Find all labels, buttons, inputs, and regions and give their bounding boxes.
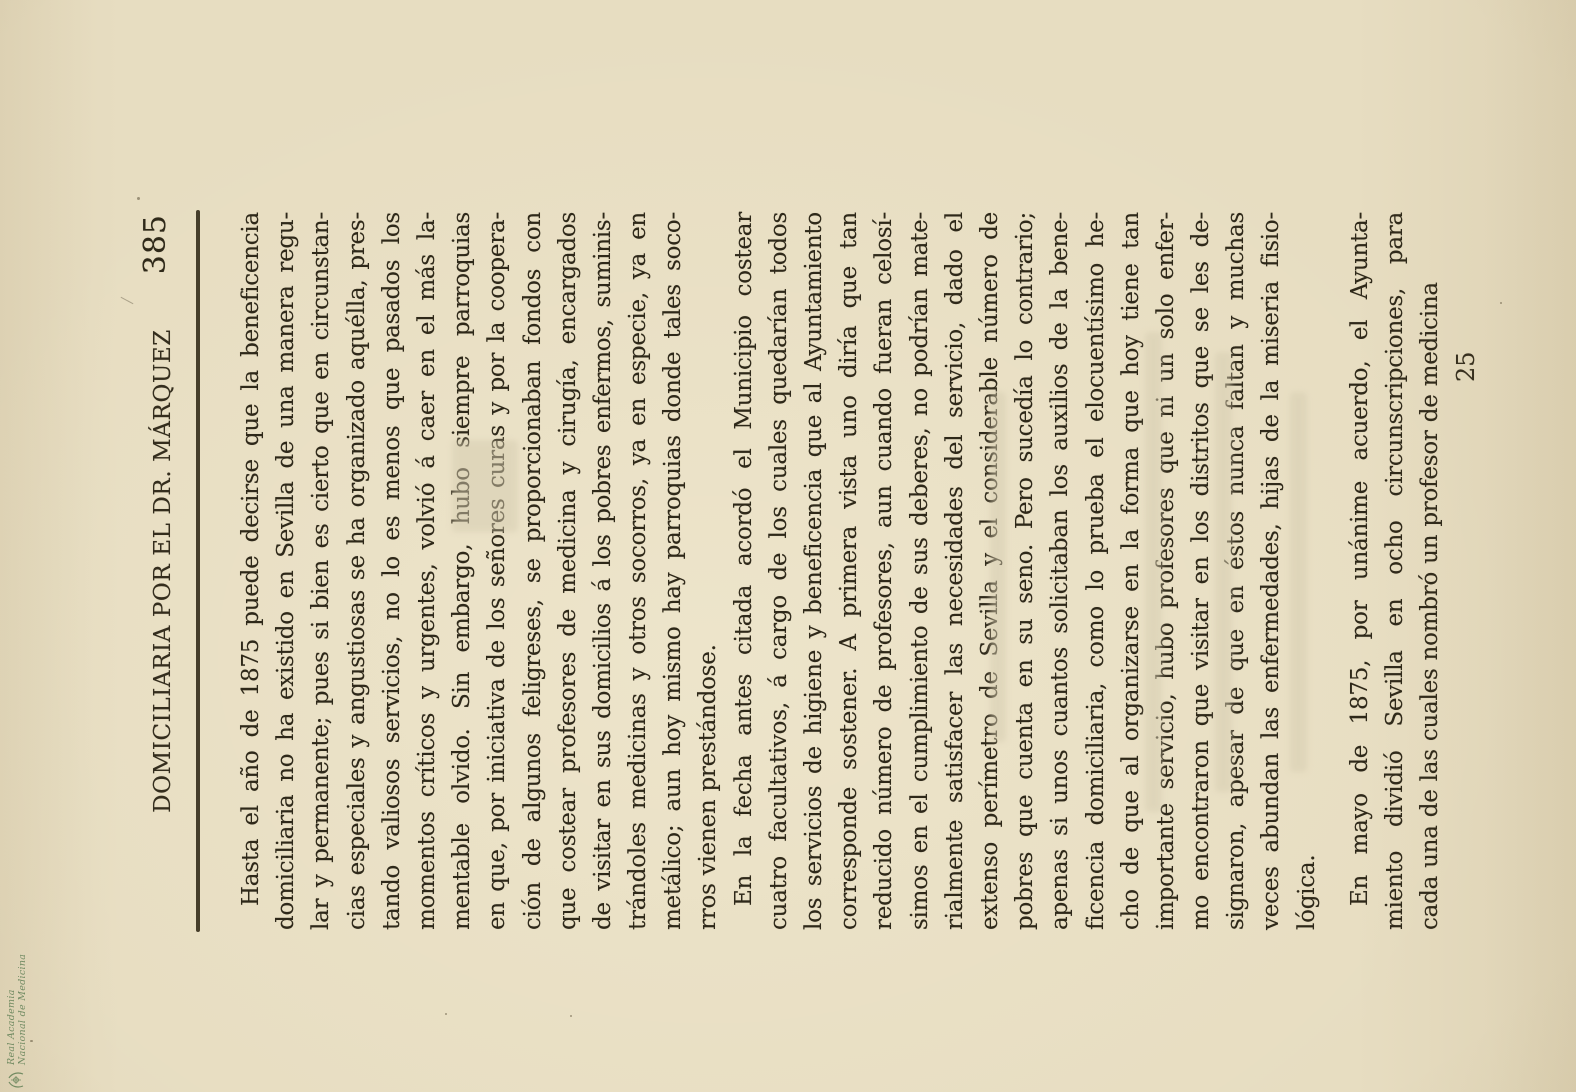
text-line: ficencia domiciliaria, como lo prueba el…: [1079, 212, 1114, 930]
text-line: reducido número de profesores, aun cuand…: [867, 212, 902, 930]
text-line: de visitar en sus domicilios á los pobre…: [586, 212, 621, 930]
scanned-page-viewport: DOMICILIARIA POR EL DR. MÁRQUEZ 385 Hast…: [0, 0, 1576, 1092]
text-line: pobres que cuenta en su seno. Pero suced…: [1008, 212, 1043, 930]
text-line: rialmente satisfacer las necesidades del…: [938, 212, 973, 930]
text-line: rros vienen prestándose.: [691, 212, 726, 930]
text-line: veces abundan las enfermedades, hijas de…: [1254, 212, 1289, 930]
text-line: cuatro facultativos, á cargo de los cual…: [762, 212, 797, 930]
text-line: cias especiales y angustiosas se ha orga…: [340, 212, 375, 930]
running-head: DOMICILIARIA POR EL DR. MÁRQUEZ 385: [138, 212, 186, 930]
stamp-line-2: Nacional de Medicina: [17, 954, 28, 1065]
paragraph: En mayo de 1875, por unánime acuerdo, el…: [1343, 212, 1449, 930]
text-line: En mayo de 1875, por unánime acuerdo, el…: [1343, 212, 1378, 930]
text-line: simos en el cumplimiento de sus deberes,…: [903, 212, 938, 930]
text-line: que costear profesores de medicina y cir…: [551, 212, 586, 930]
text-line: lar y permanente; pues si bien es cierto…: [304, 212, 339, 930]
text-line: en que, por iniciativa de los señores cu…: [480, 212, 515, 930]
text-line: cho de que al organizarse en la forma qu…: [1114, 212, 1149, 930]
text-line: miento dividió Sevilla en ocho circunscr…: [1378, 212, 1413, 930]
text-line: importante servicio, hubo profesores que…: [1149, 212, 1184, 930]
text-line: mentable olvido. Sin embargo, hubo siemp…: [445, 212, 480, 930]
stamp-text: Real Academia Nacional de Medicina: [6, 954, 28, 1065]
text-line: metálico; aun hoy mismo hay parroquias d…: [656, 212, 691, 930]
stamp-line-1: Real Academia: [6, 989, 17, 1065]
text-line: extenso perímetro de Sevilla y el consid…: [973, 212, 1008, 930]
header-rule: [196, 210, 200, 932]
paragraph: En la fecha antes citada acordó el Munic…: [727, 212, 1325, 930]
text-line: domiciliaria no ha existido en Sevilla d…: [269, 212, 304, 930]
page-body: Hasta el año de 1875 puede decirse que l…: [234, 212, 1448, 930]
text-line: corresponde sostener. A primera vista un…: [832, 212, 867, 930]
text-line: mo encontraron que visitar en los distri…: [1184, 212, 1219, 930]
text-line: los servicios de higiene y beneficencia …: [797, 212, 832, 930]
text-line: tando valiosos servicios, no lo es menos…: [375, 212, 410, 930]
text-line: cada una de las cuales nombró un profeso…: [1413, 212, 1448, 930]
library-stamp: Real Academia Nacional de Medicina: [6, 954, 28, 1090]
laurel-wreath-icon: [7, 1070, 27, 1090]
running-head-title: DOMICILIARIA POR EL DR. MÁRQUEZ: [150, 329, 176, 813]
text-line: trándoles medicinas y otros socorros, ya…: [621, 212, 656, 930]
signature-line: 25: [1452, 212, 1480, 930]
text-line: signaron, apesar de que en éstos nunca f…: [1219, 212, 1254, 930]
text-line: momentos críticos y urgentes, volvió á c…: [410, 212, 445, 930]
paragraph: Hasta el año de 1875 puede decirse que l…: [234, 212, 727, 930]
signature-number: 25: [1452, 351, 1480, 382]
book-page: DOMICILIARIA POR EL DR. MÁRQUEZ 385 Hast…: [0, 0, 1576, 1092]
text-line: apenas si unos cuantos solicitaban los a…: [1043, 212, 1078, 930]
page-number: 385: [138, 214, 173, 274]
text-line: lógica.: [1290, 212, 1325, 930]
text-line: En la fecha antes citada acordó el Munic…: [727, 212, 762, 930]
text-line: Hasta el año de 1875 puede decirse que l…: [234, 212, 269, 930]
text-line: ción de algunos feligreses, se proporcio…: [516, 212, 551, 930]
